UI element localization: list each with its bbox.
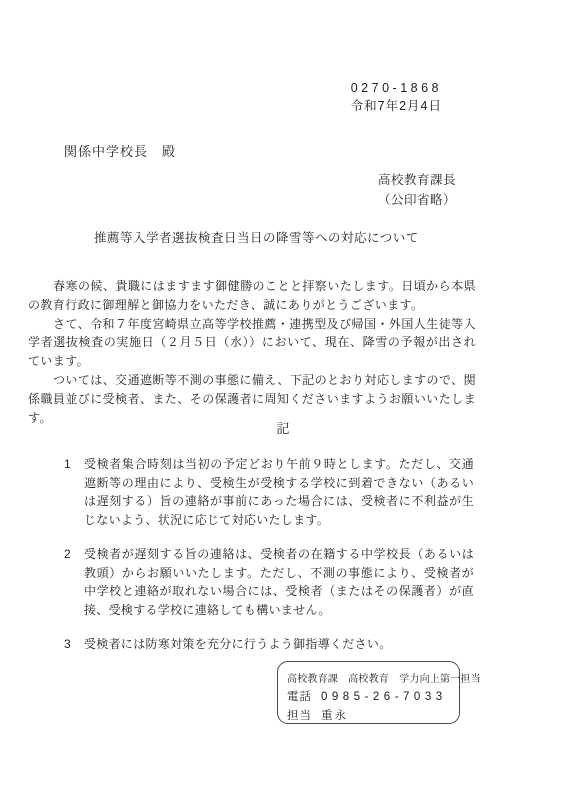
contact-department: 高校教育課 高校教育 学力向上第一担当 (287, 670, 453, 685)
subject-line: 推薦等入学者選抜検査日当日の降雪等への対応について (94, 228, 419, 246)
letter-body: 春寒の候、貴職にはますます御健勝のことと拝察いたします。日頃から本県の教育行政に… (28, 277, 476, 427)
document-number: 0270-1868 (351, 79, 442, 97)
item-number: 1 (64, 455, 84, 530)
document-meta: 0270-1868 令和7年2月4日 (351, 79, 442, 115)
item-text: 受検者が遅刻する旨の連絡は、受検者の在籍する中学校長（あるいは教頭）からお願いい… (84, 545, 474, 620)
letter-page: 0270-1868 令和7年2月4日 関係中学校長 殿 高校教育課長 （公印省略… (0, 0, 566, 800)
document-date: 令和7年2月4日 (351, 97, 442, 115)
paragraph-greeting: 春寒の候、貴職にはますます御健勝のことと拝察いたします。日頃から本県の教育行政に… (28, 277, 476, 315)
phone-number: 0985-26-7033 (321, 691, 447, 703)
list-item: 2 受検者が遅刻する旨の連絡は、受検者の在籍する中学校長（あるいは教頭）からお願… (64, 545, 474, 620)
item-number: 3 (64, 635, 84, 654)
list-item: 1 受検者集合時刻は当初の予定どおり午前９時とします。ただし、交通遮断等の理由に… (64, 455, 474, 530)
phone-label: 電話 (287, 688, 312, 704)
paragraph-context: さて、令和７年度宮崎県立高等学校推薦・連携型及び帰国・外国人生徒等入学者選抜検査… (28, 315, 476, 371)
item-list: 1 受検者集合時刻は当初の予定どおり午前９時とします。ただし、交通遮断等の理由に… (64, 455, 474, 668)
addressee: 関係中学校長 殿 (64, 141, 176, 160)
sender-seal-note: （公印省略） (378, 190, 456, 210)
contact-box: 高校教育課 高校教育 学力向上第一担当 電話 0985-26-7033 担当 重… (277, 661, 460, 724)
list-item: 3 受検者には防寒対策を充分に行うよう御指導ください。 (64, 635, 474, 654)
item-text: 受検者には防寒対策を充分に行うよう御指導ください。 (84, 635, 474, 654)
item-number: 2 (64, 545, 84, 620)
record-marker: 記 (0, 418, 566, 437)
item-text: 受検者集合時刻は当初の予定どおり午前９時とします。ただし、交通遮断等の理由により… (84, 455, 474, 530)
person-name: 重永 (321, 707, 348, 723)
sender-title: 高校教育課長 (378, 170, 456, 190)
contact-person-row: 担当 重永 (287, 707, 453, 723)
contact-phone-row: 電話 0985-26-7033 (287, 688, 453, 704)
person-label: 担当 (287, 707, 312, 723)
sender-block: 高校教育課長 （公印省略） (378, 170, 456, 210)
